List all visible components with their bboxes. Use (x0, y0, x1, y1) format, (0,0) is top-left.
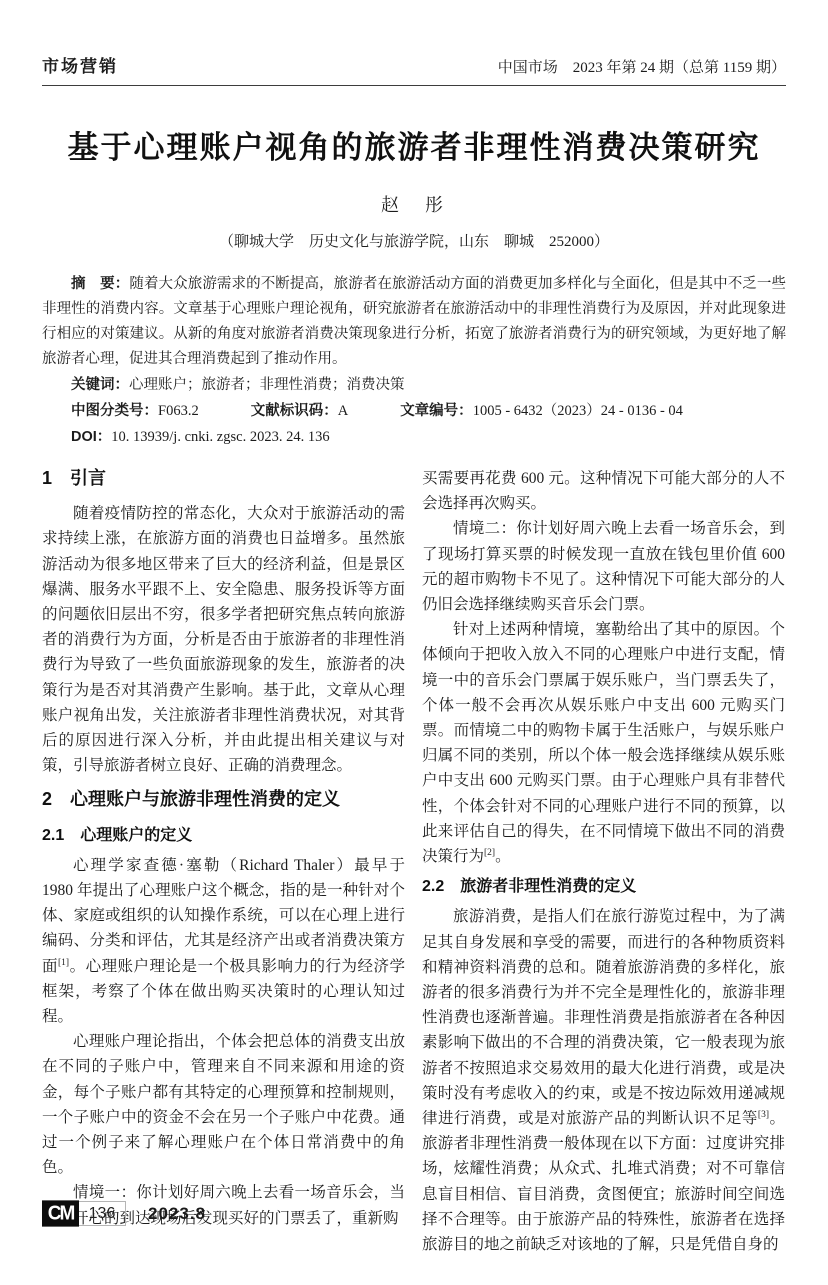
article-no-label: 文章编号： (400, 403, 473, 419)
subsection-heading-irrational-consumption: 2.2 旅游者非理性消费的定义 (422, 874, 785, 899)
page-footer: CM 136 2023.8 (42, 1201, 206, 1226)
tourism-consumption-paragraph: 旅游消费，是指人们在旅行游览过程中，为了满足其自身发展和享受的需要，而进行的各种… (422, 904, 785, 1257)
reason-text-b: 。 (495, 848, 511, 865)
section-heading-definitions: 2 心理账户与旅游非理性消费的定义 (42, 787, 405, 812)
thaler-paragraph: 心理学家查德·塞勒（Richard Thaler）最早于 1980 年提出了心理… (42, 853, 405, 1029)
tourism-text-a: 旅游消费，是指人们在旅行游览过程中，为了满足其自身发展和享受的需要，而进行的各种… (422, 908, 785, 1127)
article-no-value: 1005 - 6432（2023）24 - 0136 - 04 (473, 403, 683, 419)
abstract-paragraph: 摘 要：随着大众旅游需求的不断提高，旅游者在旅游活动方面的消费更加多样化与全面化… (42, 272, 786, 372)
right-column: 买需要再花费 600 元。这种情况下可能大部分的人不会选择再次购买。 情境二：你… (422, 466, 785, 1257)
scenario1-continued-paragraph: 买需要再花费 600 元。这种情况下可能大部分的人不会选择再次购买。 (422, 466, 785, 516)
clc-label: 中图分类号： (71, 403, 158, 419)
subsection-heading-mental-account: 2.1 心理账户的定义 (42, 823, 405, 848)
running-head: 市场营销 中国市场 2023 年第 24 期（总第 1159 期） (42, 0, 786, 77)
page-number: 136 (79, 1201, 126, 1226)
doc-code-value: A (338, 403, 348, 419)
front-matter: 摘 要：随着大众旅游需求的不断提高，旅游者在旅游活动方面的消费更加多样化与全面化… (42, 272, 786, 450)
doi-value: 10. 13939/j. cnki. zgsc. 2023. 24. 136 (111, 429, 329, 445)
journal-section-label: 市场营销 (42, 52, 118, 77)
scenario2-paragraph: 情境二：你计划好周六晚上去看一场音乐会，到了现场打算买票的时候发现一直放在钱包里… (422, 516, 785, 617)
classification-line: 中图分类号：F063.2文献标识码：A文章编号：1005 - 6432（2023… (42, 398, 786, 424)
keywords-line: 关键词：心理账户；旅游者；非理性消费；消费决策 (42, 372, 786, 398)
doi-line: DOI：10. 13939/j. cnki. zgsc. 2023. 24. 1… (42, 424, 786, 450)
abstract-label: 摘 要： (71, 276, 129, 292)
author-name: 赵 彤 (42, 191, 786, 217)
doc-code-label: 文献标识码： (251, 403, 338, 419)
abstract-text: 随着大众旅游需求的不断提高，旅游者在旅游活动方面的消费更加多样化与全面化，但是其… (42, 276, 786, 367)
left-column: 1 引言 随着疫情防控的常态化，大众对于旅游活动的需求持续上涨，在旅游方面的消费… (42, 466, 405, 1257)
issue-info: 中国市场 2023 年第 24 期（总第 1159 期） (498, 56, 786, 77)
journal-logo: CM (42, 1200, 79, 1226)
header-divider-rule (42, 85, 786, 86)
introduction-paragraph: 随着疫情防控的常态化，大众对于旅游活动的需求持续上涨，在旅游方面的消费也日益增多… (42, 501, 405, 778)
article-body: 1 引言 随着疫情防控的常态化，大众对于旅游活动的需求持续上涨，在旅游方面的消费… (42, 466, 786, 1257)
citation-marker-3: [3] (758, 1110, 769, 1120)
clc-value: F063.2 (158, 403, 199, 419)
subaccount-paragraph: 心理账户理论指出，个体会把总体的消费支出放在不同的子账户中，管理来自不同来源和用… (42, 1029, 405, 1180)
tourism-text-b: 。旅游者非理性消费一般体现在以下方面：过度讲究排场，炫耀性消费；从众式、扎堆式消… (422, 1110, 785, 1253)
doi-label: DOI： (71, 429, 111, 445)
citation-marker-1: [1] (58, 958, 69, 968)
citation-marker-2: [2] (484, 848, 495, 858)
section-heading-introduction: 1 引言 (42, 466, 405, 491)
keywords-label: 关键词： (71, 377, 129, 393)
keywords-text: 心理账户；旅游者；非理性消费；消费决策 (129, 377, 405, 393)
journal-page: 市场营销 中国市场 2023 年第 24 期（总第 1159 期） 基于心理账户… (0, 0, 828, 1285)
article-title: 基于心理账户视角的旅游者非理性消费决策研究 (42, 122, 786, 167)
affiliation: （聊城大学 历史文化与旅游学院，山东 聊城 252000） (42, 230, 786, 251)
reason-paragraph: 针对上述两种情境，塞勒给出了其中的原因。个体倾向于把收入放入不同的心理账户中进行… (422, 617, 785, 869)
thaler-text-b: 。心理账户理论是一个极具影响力的行为经济学框架，考察了个体在做出购买决策时的心理… (42, 958, 405, 1025)
issue-date: 2023.8 (148, 1204, 206, 1224)
reason-text-a: 针对上述两种情境，塞勒给出了其中的原因。个体倾向于把收入放入不同的心理账户中进行… (422, 621, 785, 865)
